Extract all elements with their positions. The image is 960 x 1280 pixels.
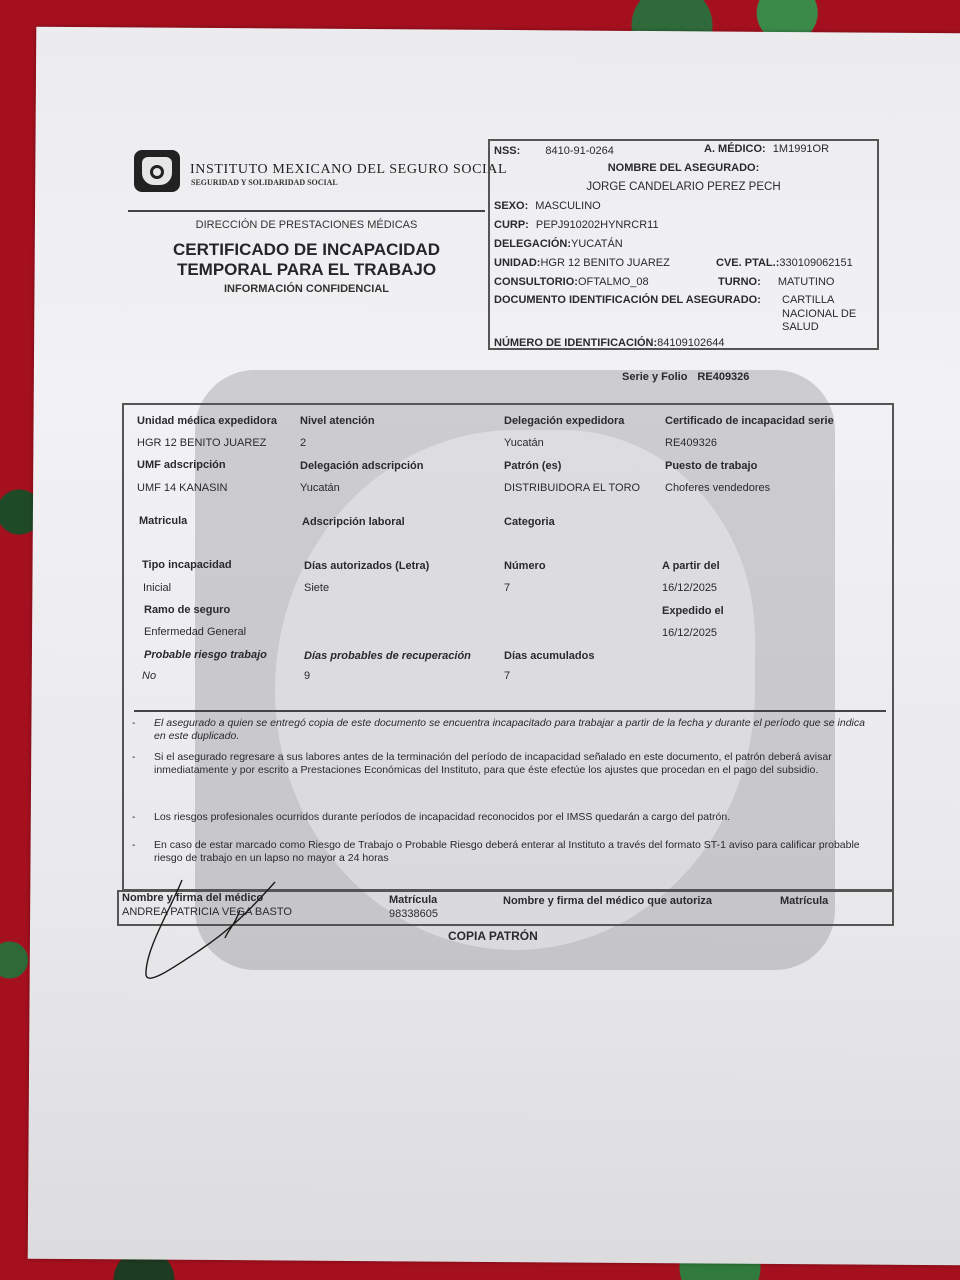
- turno-label: TURNO:: [718, 276, 761, 288]
- serie-value: RE409326: [665, 437, 717, 449]
- doc-id-line-3: SALUD: [782, 321, 856, 335]
- curp-value: PEPJ910202HYNRCR11: [536, 219, 659, 231]
- ramo-value: Enfermedad General: [144, 626, 246, 638]
- umf-label: UMF adscripción: [137, 459, 226, 471]
- medico-value: 1M1991OR: [773, 143, 829, 155]
- document-title: CERTIFICADO DE INCAPACIDAD TEMPORAL PARA…: [128, 240, 485, 280]
- patron-label: Patrón (es): [504, 460, 561, 472]
- puesto-value: Choferes vendedores: [665, 482, 770, 494]
- sexo-value: MASCULINO: [535, 200, 600, 212]
- num-id-label: NÚMERO DE IDENTIFICACIÓN:: [494, 337, 657, 349]
- note-text: En caso de estar marcado como Riesgo de …: [154, 839, 877, 864]
- serie-folio: Serie y FolioRE409326: [622, 371, 749, 383]
- note-text: Los riesgos profesionales ocurridos dura…: [154, 811, 877, 824]
- autoriza-label: Nombre y firma del médico que autoriza: [503, 895, 712, 907]
- consultorio-label: CONSULTORIO:: [494, 276, 578, 288]
- dias-recup-label: Días probables de recuperación: [304, 650, 471, 662]
- curp-label: CURP:: [494, 219, 529, 231]
- adscripcion-label: Adscripción laboral: [302, 516, 405, 528]
- matricula-label: Matricula: [139, 515, 187, 527]
- matricula-label: Matrícula: [389, 894, 437, 906]
- sexo-label: SEXO:: [494, 200, 528, 212]
- divider: [134, 710, 886, 712]
- deleg-ads-value: Yucatán: [300, 482, 340, 494]
- doc-id-line-1: CARTILLA: [782, 294, 856, 308]
- copy-label: COPIA PATRÓN: [448, 929, 538, 943]
- nivel-value: 2: [300, 437, 306, 449]
- dias-letra-value: Siete: [304, 582, 329, 594]
- institution-name: INSTITUTO MEXICANO DEL SEGURO SOCIAL: [190, 162, 507, 178]
- doc-id-label: DOCUMENTO IDENTIFICACIÓN DEL ASEGURADO:: [494, 294, 761, 306]
- insured-info-box: NSS: 8410-91-0264 A. MÉDICO: 1M1991OR NO…: [488, 139, 879, 350]
- num-id-value: 84109102644: [657, 337, 724, 349]
- dias-acum-value: 7: [504, 670, 510, 682]
- deleg-exp-label: Delegación expedidora: [504, 415, 624, 427]
- patron-value: DISTRIBUIDORA EL TORO: [504, 482, 640, 494]
- a-partir-label: A partir del: [662, 560, 720, 572]
- note-bullet: -: [132, 717, 136, 730]
- matricula-value: 98338605: [389, 908, 438, 920]
- categoria-label: Categoria: [504, 516, 555, 528]
- serie-label: Certificado de incapacidad serie: [665, 415, 834, 427]
- unidad-value: HGR 12 BENITO JUAREZ: [540, 257, 669, 269]
- riesgo-value: No: [142, 670, 156, 682]
- matricula-autoriza-label: Matrícula: [780, 895, 828, 907]
- certificate-details-box: Unidad médica expedidora HGR 12 BENITO J…: [122, 403, 894, 891]
- serie-folio-label: Serie y Folio: [622, 371, 687, 383]
- doc-id-value: CARTILLA NACIONAL DE SALUD: [782, 294, 856, 335]
- serie-folio-value: RE409326: [697, 371, 749, 383]
- note-bullet: -: [132, 839, 136, 852]
- divider: [128, 210, 485, 212]
- dias-recup-value: 9: [304, 670, 310, 682]
- title-line-2: TEMPORAL PARA EL TRABAJO: [128, 260, 485, 280]
- note-item: - En caso de estar marcado como Riesgo d…: [132, 839, 877, 864]
- note-text: El asegurado a quien se entregó copia de…: [154, 717, 877, 742]
- unidad-label: UNIDAD:: [494, 257, 540, 269]
- imss-logo-icon: [134, 150, 180, 192]
- medico-label: A. MÉDICO:: [704, 143, 766, 155]
- nss-label: NSS:: [494, 145, 520, 157]
- delegacion-label: DELEGACIÓN:: [494, 238, 571, 250]
- delegacion-value: YUCATÁN: [571, 238, 623, 250]
- riesgo-label: Probable riesgo trabajo: [144, 649, 267, 661]
- insured-name: JORGE CANDELARIO PEREZ PECH: [490, 181, 877, 193]
- puesto-label: Puesto de trabajo: [665, 460, 757, 472]
- tipo-value: Inicial: [143, 582, 171, 594]
- expedido-value: 16/12/2025: [662, 627, 717, 639]
- certificate-document: INSTITUTO MEXICANO DEL SEGURO SOCIAL SEG…: [0, 0, 960, 1280]
- ramo-label: Ramo de seguro: [144, 604, 230, 616]
- note-item: - Los riesgos profesionales ocurridos du…: [132, 811, 877, 824]
- insured-name-label: NOMBRE DEL ASEGURADO:: [490, 162, 877, 174]
- a-partir-value: 16/12/2025: [662, 582, 717, 594]
- title-line-1: CERTIFICADO DE INCAPACIDAD: [128, 240, 485, 260]
- unidad-exp-value: HGR 12 BENITO JUAREZ: [137, 437, 266, 449]
- note-item: - El asegurado a quien se entregó copia …: [132, 717, 877, 742]
- handwritten-signature: [140, 870, 300, 985]
- tipo-label: Tipo incapacidad: [142, 559, 232, 571]
- deleg-ads-label: Delegación adscripción: [300, 460, 423, 472]
- expedido-label: Expedido el: [662, 605, 724, 617]
- dias-acum-label: Días acumulados: [504, 650, 594, 662]
- umf-value: UMF 14 KANASIN: [137, 482, 227, 494]
- nss-value: 8410-91-0264: [545, 145, 614, 157]
- numero-value: 7: [504, 582, 510, 594]
- cve-label: CVE. PTAL.:: [716, 257, 779, 269]
- cve-value: 330109062151: [779, 257, 852, 269]
- doc-id-line-2: NACIONAL DE: [782, 308, 856, 322]
- confidential-label: INFORMACIÓN CONFIDENCIAL: [128, 283, 485, 295]
- nivel-label: Nivel atención: [300, 415, 375, 427]
- note-text: Si el asegurado regresare a sus labores …: [154, 751, 877, 776]
- direction-label: DIRECCIÓN DE PRESTACIONES MÉDICAS: [128, 219, 485, 231]
- institution-subtitle: SEGURIDAD Y SOLIDARIDAD SOCIAL: [191, 178, 338, 187]
- turno-value: MATUTINO: [778, 276, 835, 288]
- numero-label: Número: [504, 560, 546, 572]
- dias-letra-label: Días autorizados (Letra): [304, 560, 429, 572]
- unidad-exp-label: Unidad médica expedidora: [137, 415, 277, 427]
- note-item: - Si el asegurado regresare a sus labore…: [132, 751, 877, 776]
- note-bullet: -: [132, 751, 136, 764]
- deleg-exp-value: Yucatán: [504, 437, 544, 449]
- note-bullet: -: [132, 811, 136, 824]
- consultorio-value: OFTALMO_08: [578, 276, 649, 288]
